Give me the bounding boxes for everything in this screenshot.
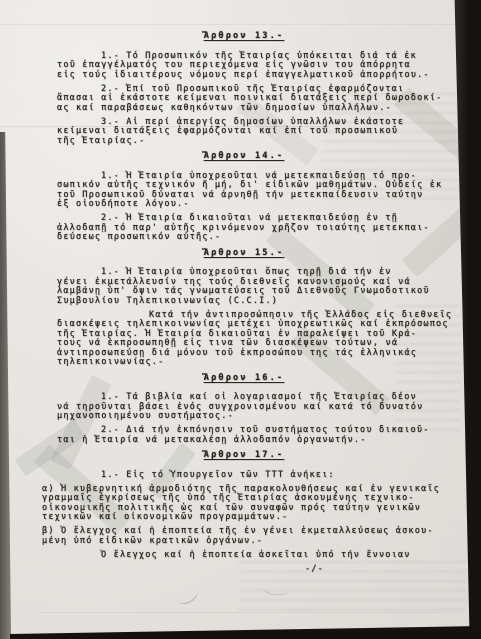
article-heading-text: Ἄρθρον 14.-: [204, 151, 285, 161]
article-heading: Ἄρθρον 15.-: [57, 249, 431, 259]
paragraph: 2.- Ἐπί τοῦ Προσωπικοῦ τῆς Ἑταιρίας ἐφαρ…: [57, 85, 461, 114]
text-line: τεχνικῶν καί οἰκονομικῶν προγραμμάτων.-: [42, 513, 461, 523]
text-line: 1.- Εἰς τό Ὑπουργεῖον τῶν ΤΤΤ ἀνήκει:: [57, 471, 461, 481]
continuation-mark-text: -/-: [305, 564, 324, 574]
paragraph: 2.- Διά τήν ἐκπόνησιν τοῦ συστήματος τού…: [57, 426, 461, 445]
text-line: Ὁ ἔλεγχος καί ἡ ἐποπτεία ἀσκεῖται ὑπό τή…: [57, 551, 461, 561]
article-heading: Ἄρθρον 16.-: [57, 374, 431, 384]
paragraph: β) Ὁ ἔλεγχος καί ἡ ἐποπτεία τῆς ἐν γένει…: [42, 527, 461, 546]
continuation-mark: -/-: [305, 565, 461, 575]
paragraph: Ὁ ἔλεγχος καί ἡ ἐποπτεία ἀσκεῖται ὑπό τή…: [57, 551, 461, 561]
text-line: εἰς τούς ἰδιαιτέρους νόμους περί ἐπαγγελ…: [57, 71, 461, 81]
paragraph: 3.- Αἱ περί ἀπεργίας δημοσίων ὑπαλλήλων …: [57, 118, 461, 147]
text-line: μηχανοποιημένου συστήματος.-: [57, 412, 461, 422]
article-heading-text: Ἄρθρον 16.-: [204, 373, 285, 383]
articles-container: Ἄρθρον 13.-1.- Τό Προσωπικόν τῆς Ἑταιρία…: [57, 32, 461, 560]
article-heading: Ἄρθρον 17.-: [57, 451, 431, 461]
text-line: Συμβουλίου Τηλεπικοινωνίας (C.C.I.): [57, 297, 461, 307]
text-line: μένη ὑπό εἰδικῶν κρατικῶν ὀργάνων.-: [42, 537, 461, 547]
text-line: δεύσεως προσωπικόν αὐτῆς.-: [57, 233, 461, 243]
article-heading-text: Ἄρθρον 13.-: [204, 31, 285, 41]
paragraph: α) Ἡ κυβερνητική ἁρμοδιότης τῆς παρακολο…: [42, 485, 461, 523]
article-heading: Ἄρθρον 13.-: [57, 32, 431, 42]
paragraph: 1.- Τά βιβλία καί οἱ λογαριασμοί τῆς Ἑτα…: [57, 393, 461, 422]
article-heading-text: Ἄρθρον 17.-: [204, 450, 285, 460]
paragraph: 1.- Τό Προσωπικόν τῆς Ἑταιρίας ὑπόκειται…: [57, 52, 461, 81]
paragraph: 2.- Ἡ Ἑταιρία δικαιοῦται νά μετεκπαιδεύσ…: [57, 214, 461, 243]
paragraph: Κατά τήν ἀντιπροσώπησιν τῆς Ἑλλάδος εἰς …: [57, 311, 461, 368]
text-line: ας καί παραβάσεως καθηκόντων τῶν δημοσίω…: [57, 104, 461, 114]
paper-crease-line: [0, 24, 455, 25]
text-line: ἐξ οἱουδήποτε λόγου.-: [57, 200, 461, 210]
text-line: ται ἡ Ἑταιρία νά μετακαλέσῃ ἀλλοδαπόν ὀρ…: [57, 436, 461, 446]
article-heading: Ἄρθρον 14.-: [57, 152, 431, 162]
text-line: τῆς Ἑταιρίας.-: [57, 137, 461, 147]
paragraph: 1.- Εἰς τό Ὑπουργεῖον τῶν ΤΤΤ ἀνήκει:: [57, 471, 461, 481]
paragraph: 1.- Ἡ Ἑταιρία ὑποχρεοῦται νά μετεκπαιδεύ…: [57, 172, 461, 210]
text-line: τηλεπικοινωνίας.-: [57, 358, 461, 368]
paragraph: 1.- Ἡ Ἑταιρία ὑποχρεοῦται ὅπως τηρῇ διά …: [57, 268, 461, 306]
article-heading-text: Ἄρθρον 15.-: [204, 248, 285, 258]
scanned-document-page: Ἄρθρον 13.-1.- Τό Προσωπικόν τῆς Ἑταιρία…: [0, 0, 481, 639]
document-body: Ἄρθρον 13.-1.- Τό Προσωπικόν τῆς Ἑταιρία…: [57, 32, 461, 574]
